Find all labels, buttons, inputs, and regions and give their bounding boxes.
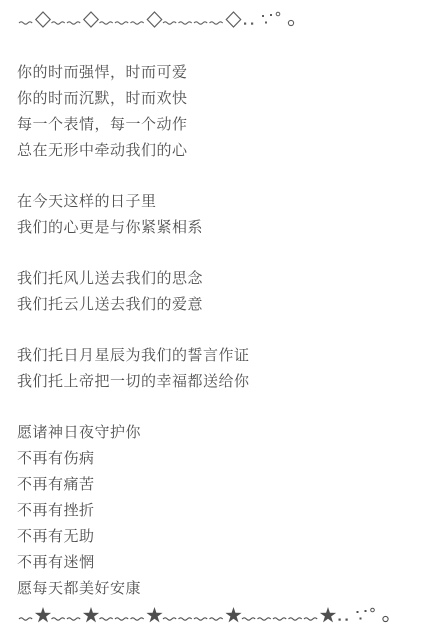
diamond-wave-divider bbox=[17, 10, 425, 30]
poem-body: 你的时而强悍，时而可爱你的时而沉默，时而欢快每一个表情，每一个动作总在无形中牵动… bbox=[17, 60, 425, 602]
poem-line: 我们托风儿送去我们的思念 bbox=[17, 266, 425, 292]
poem-line: 你的时而沉默，时而欢快 bbox=[17, 86, 425, 112]
poem-line: 你的时而强悍，时而可爱 bbox=[17, 60, 425, 86]
stanza: 我们托日月星辰为我们的誓言作证我们托上帝把一切的幸福都送给你 bbox=[17, 343, 425, 395]
poem-line: 每一个表情，每一个动作 bbox=[17, 112, 425, 138]
poem-line: 我们托上帝把一切的幸福都送给你 bbox=[17, 369, 425, 395]
poem-line: 不再有痛苦 bbox=[17, 472, 425, 498]
poem-line: 不再有无助 bbox=[17, 524, 425, 550]
poem-line: 总在无形中牵动我们的心 bbox=[17, 138, 425, 164]
stanza: 在今天这样的日子里我们的心更是与你紧紧相系 bbox=[17, 189, 425, 241]
poem-line: 愿诸神日夜守护你 bbox=[17, 420, 425, 446]
stanza: 我们托风儿送去我们的思念我们托云儿送去我们的爱意 bbox=[17, 266, 425, 318]
poem-page: 你的时而强悍，时而可爱你的时而沉默，时而欢快每一个表情，每一个动作总在无形中牵动… bbox=[0, 0, 440, 633]
poem-line: 我们托日月星辰为我们的誓言作证 bbox=[17, 343, 425, 369]
poem-line: 我们的心更是与你紧紧相系 bbox=[17, 215, 425, 241]
stanza: 愿诸神日夜守护你不再有伤病不再有痛苦不再有挫折不再有无助不再有迷惘愿每天都美好安… bbox=[17, 420, 425, 602]
stanza: 你的时而强悍，时而可爱你的时而沉默，时而欢快每一个表情，每一个动作总在无形中牵动… bbox=[17, 60, 425, 164]
poem-line: 不再有迷惘 bbox=[17, 550, 425, 576]
poem-line: 在今天这样的日子里 bbox=[17, 189, 425, 215]
poem-line: 我们托云儿送去我们的爱意 bbox=[17, 292, 425, 318]
poem-line: 愿每天都美好安康 bbox=[17, 576, 425, 602]
star-wave-divider bbox=[17, 606, 425, 626]
poem-line: 不再有伤病 bbox=[17, 446, 425, 472]
poem-line: 不再有挫折 bbox=[17, 498, 425, 524]
